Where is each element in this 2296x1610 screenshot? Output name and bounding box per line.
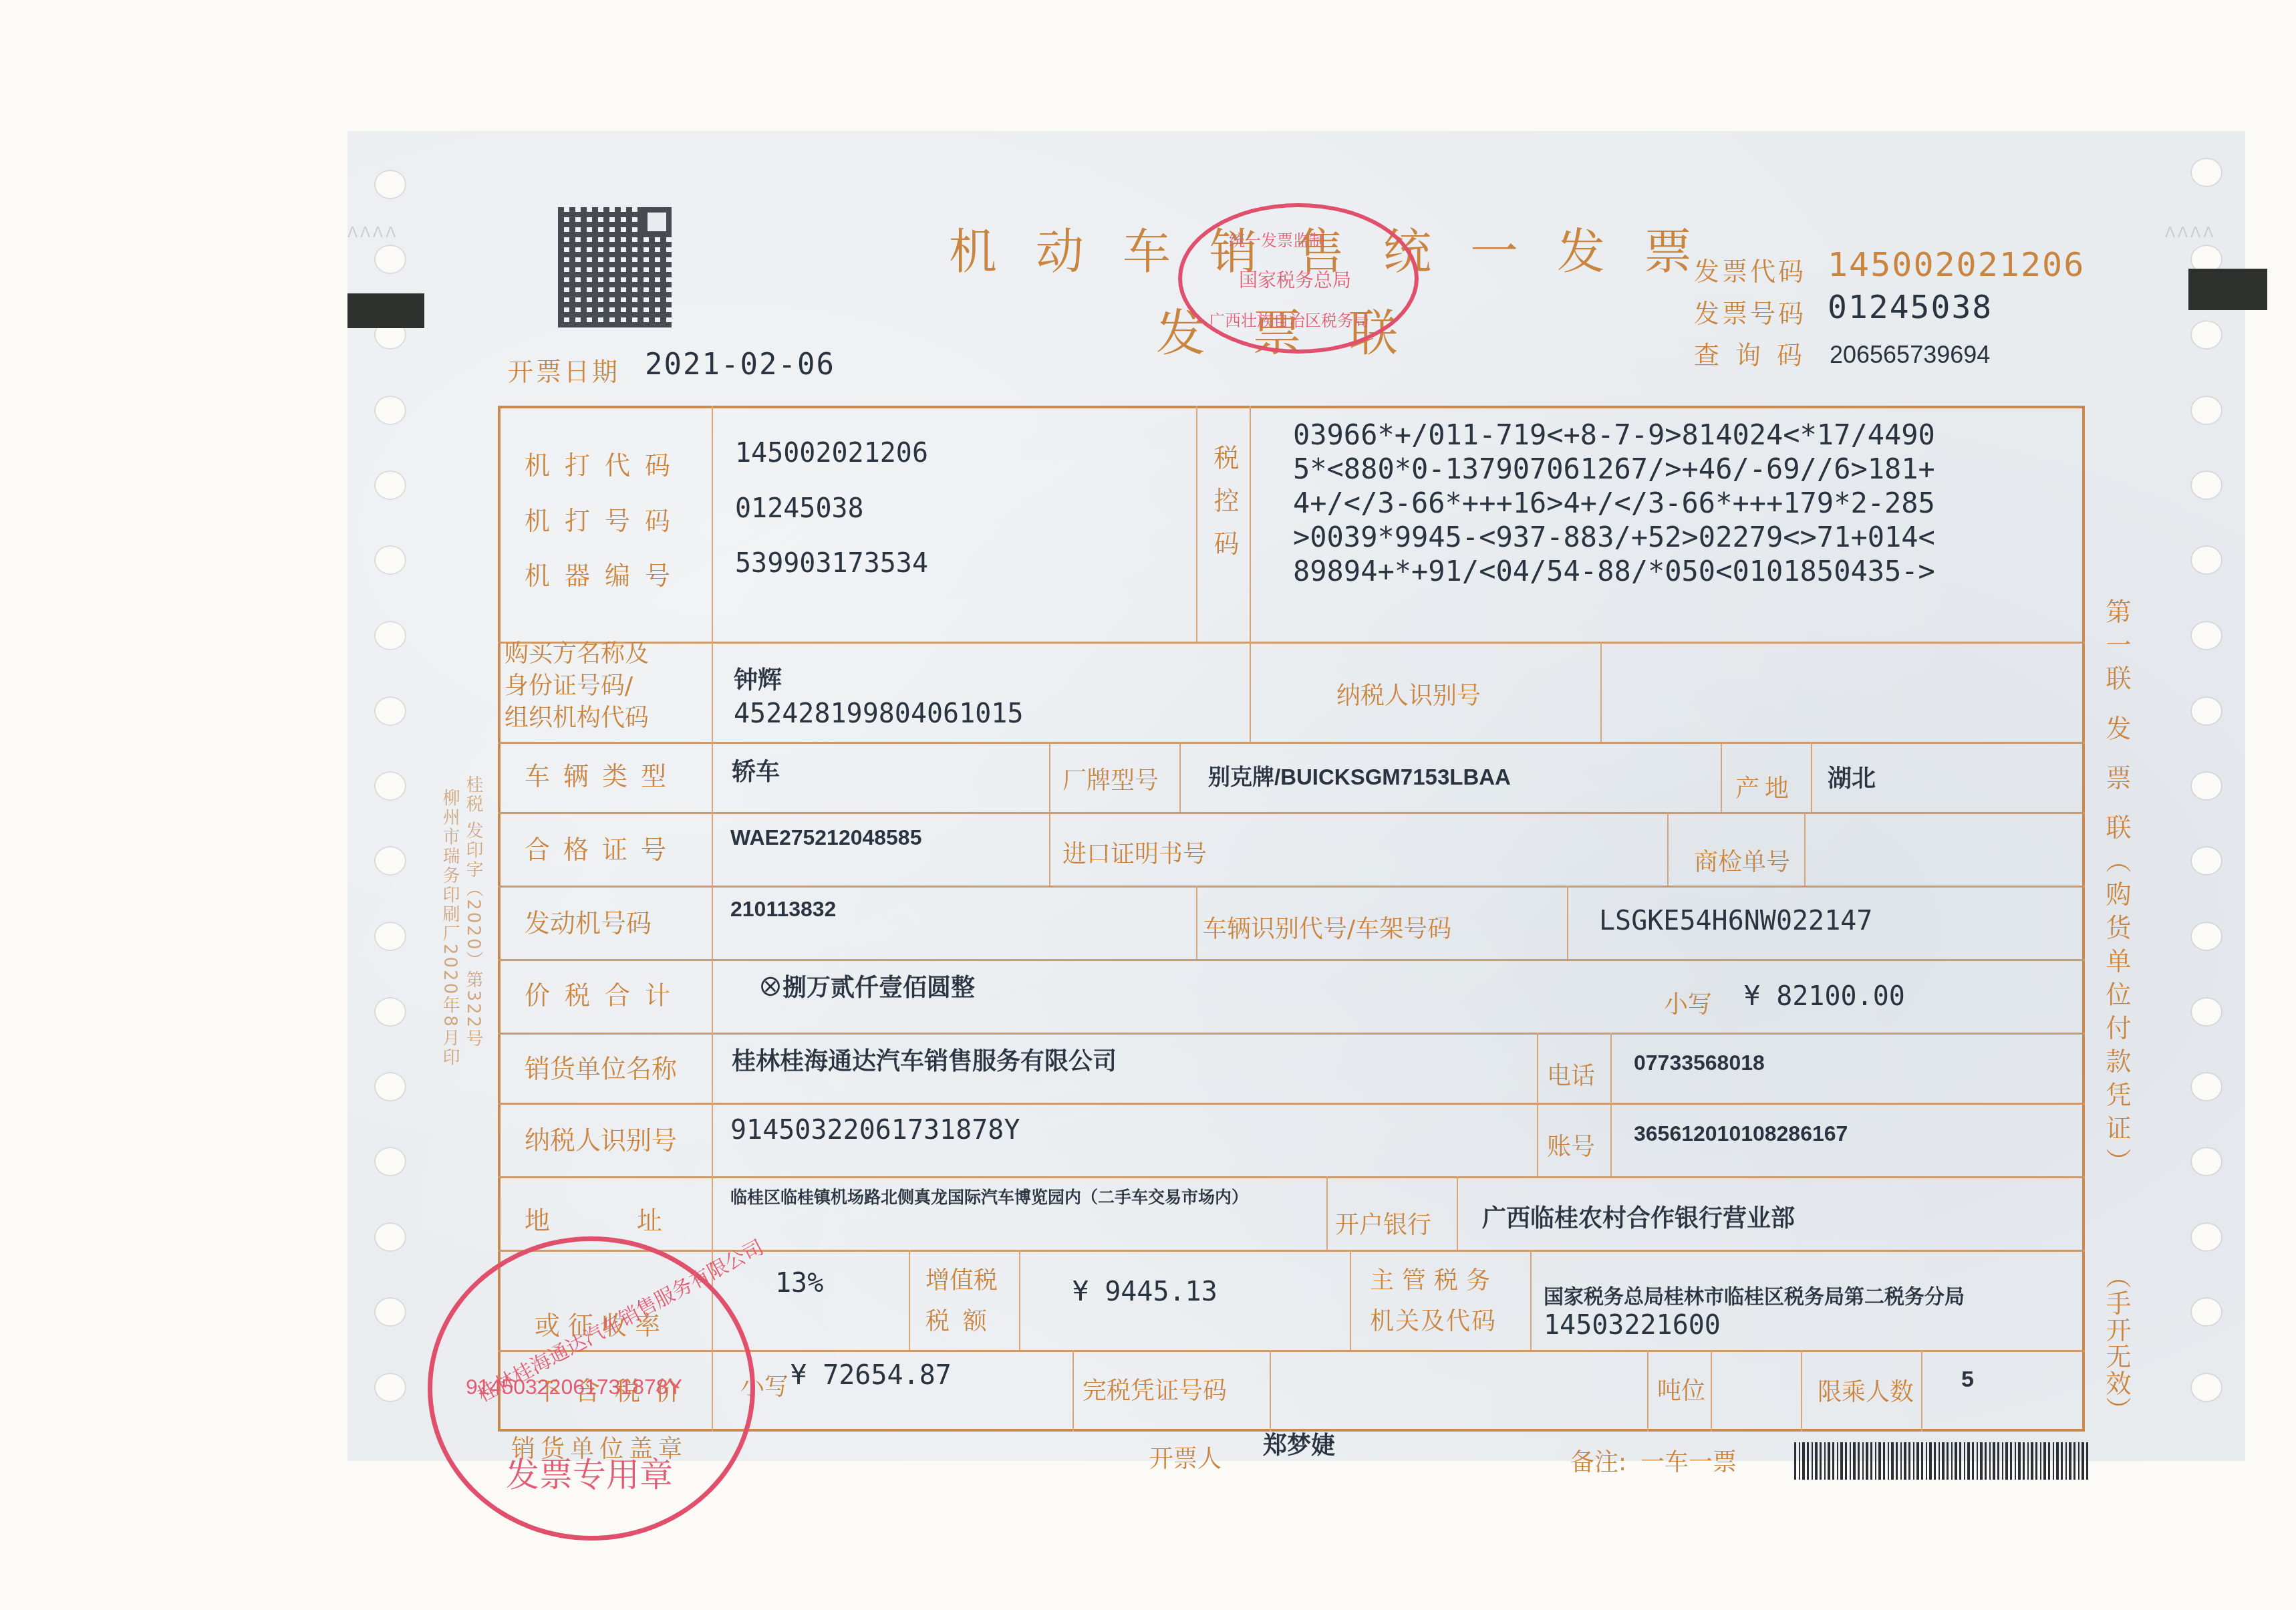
punch-hole [2192, 998, 2221, 1025]
col-divider [1567, 886, 1568, 959]
punch-hole [376, 773, 405, 799]
punch-hole [376, 698, 405, 724]
col-divider [1350, 1250, 1351, 1350]
tax-authority-label: 主管税务 机关及代码 [1370, 1262, 1498, 1337]
origin: 湖北 [1828, 760, 1876, 794]
buyer-taxpayer-id-label: 纳税人识别号 [1336, 677, 1481, 711]
col-divider [909, 1250, 910, 1350]
col-divider [1537, 1033, 1538, 1176]
alignment-tab [2188, 269, 2267, 310]
passenger-label: 限乘人数 [1818, 1373, 1914, 1407]
vat-amount: ¥ 9445.13 [1072, 1277, 1217, 1307]
print-approval-note: 桂税 发印字（2020）第322号 [461, 775, 486, 1049]
punch-hole [376, 622, 405, 649]
engine: 210113832 [730, 897, 836, 922]
print-code-label: 机打代码 [525, 444, 685, 481]
col-divider [1457, 1176, 1458, 1250]
punch-hole [376, 998, 405, 1025]
brand-model-label: 厂牌型号 [1062, 762, 1159, 796]
col-divider [1647, 1350, 1648, 1432]
qr-code [558, 207, 672, 327]
query-code-label: 查询码 [1694, 334, 1818, 371]
tax-rate: 13% [775, 1268, 823, 1299]
col-divider [1196, 886, 1197, 959]
tax-authority-code: 14503221600 [1544, 1310, 1721, 1341]
origin-label: 产地 [1735, 770, 1794, 804]
punch-hole [376, 1299, 405, 1325]
handwritten-invalid-note: （手开无效） [2098, 1263, 2135, 1424]
col-divider [1600, 642, 1602, 742]
punch-hole [2192, 1299, 2221, 1325]
col-divider [1711, 1350, 1712, 1432]
col-divider [1667, 812, 1669, 886]
punch-hole [2192, 1148, 2221, 1175]
punch-hole [376, 171, 405, 198]
invoice-number: 01245038 [1828, 289, 1993, 326]
tax-bureau-seal: 统一发票监制 国家税务总局 广西壮族自治区税务局 [1178, 203, 1419, 354]
engine-label: 发动机号码 [525, 902, 652, 939]
row-divider [498, 959, 2085, 961]
perforation-mark: ᐱᐱᐱᐱ [347, 225, 398, 241]
machine-id: 539903173534 [735, 548, 928, 579]
col-divider [1921, 1350, 1922, 1432]
pre-tax-amount: ¥ 72654.87 [791, 1360, 952, 1391]
seller-bank: 广西临桂农村合作银行营业部 [1482, 1200, 1795, 1234]
seller-account-label: 账号 [1547, 1128, 1595, 1162]
row-divider [498, 886, 2085, 888]
tax-control-label: 税控码 [1206, 444, 1243, 573]
punch-hole [376, 246, 405, 273]
punch-hole [376, 1073, 405, 1100]
punch-hole [2192, 773, 2221, 799]
vin: LSGKE54H6NW022147 [1599, 906, 1872, 936]
tonnage-label: 吨位 [1657, 1372, 1705, 1406]
certificate-label: 合格证号 [525, 829, 680, 865]
col-divider [1811, 742, 1812, 812]
invoice-code-label: 发票代码 [1694, 251, 1806, 287]
row-divider [498, 812, 2085, 814]
inspection-label: 商检单号 [1694, 843, 1790, 878]
col-divider [1610, 1033, 1612, 1176]
row-divider [498, 642, 2085, 644]
print-number-label: 机打号码 [525, 500, 685, 537]
punch-hole [2192, 547, 2221, 573]
alignment-tab [347, 293, 424, 328]
vat-amount-label: 增值税 税额 [925, 1262, 1000, 1337]
seller-account: 365612010108286167 [1634, 1121, 1848, 1146]
total-words: ⊗捌万贰仟壹佰圆整 [758, 969, 975, 1003]
punch-hole [376, 472, 405, 499]
punch-hole [2192, 159, 2221, 186]
punch-hole [376, 547, 405, 573]
row-divider [498, 742, 2085, 744]
punch-hole [2192, 622, 2221, 649]
passengers: 5 [1961, 1367, 1974, 1393]
certificate: WAE275212048585 [730, 825, 921, 850]
col-divider [1179, 742, 1181, 812]
col-divider [1250, 406, 1251, 642]
col-divider [1250, 642, 1251, 742]
punch-hole [376, 397, 405, 424]
import-cert-label: 进口证明书号 [1062, 835, 1207, 869]
col-divider [1721, 742, 1722, 812]
punch-hole [376, 1148, 405, 1175]
seller-phone: 07733568018 [1634, 1051, 1765, 1075]
print-code: 145002021206 [735, 438, 928, 468]
print-number: 01245038 [735, 493, 864, 524]
col-divider [1196, 406, 1197, 642]
col-divider [1326, 1176, 1328, 1250]
punch-hole [2192, 397, 2221, 424]
row-divider [498, 1176, 2085, 1178]
punch-hole [376, 1224, 405, 1250]
col-divider [1530, 1250, 1532, 1350]
punch-hole [376, 1374, 405, 1401]
brand-model: 别克牌/BUICKSGM7153LBAA [1208, 760, 1511, 791]
vehicle-type-label: 车辆类型 [525, 755, 680, 792]
col-divider [1072, 1350, 1074, 1432]
punch-hole [2192, 472, 2221, 499]
row-divider [498, 1103, 2085, 1105]
punch-hole [2192, 847, 2221, 874]
seller-invoice-seal: 桂林桂海通达汽车销售服务有限公司 91450322061731878Y 发票专用… [428, 1236, 755, 1540]
punch-hole [376, 923, 405, 950]
seller-bank-label: 开户银行 [1335, 1206, 1431, 1240]
remark-label: 备注: [1570, 1444, 1626, 1478]
seller-name: 桂林桂海通达汽车销售服务有限公司 [732, 1043, 1117, 1077]
seller-address-label: 地址 [525, 1200, 749, 1236]
punch-hole [2192, 321, 2221, 348]
issuer-label: 开票人 [1149, 1440, 1222, 1474]
invoice-number-label: 发票号码 [1694, 293, 1806, 329]
punch-hole [376, 847, 405, 874]
punch-hole [2192, 1224, 2221, 1250]
col-divider [1804, 812, 1806, 886]
barcode [1794, 1442, 2088, 1480]
seller-taxpayer-id-label: 纳税人识别号 [525, 1119, 677, 1156]
tax-paid-cert-label: 完税凭证号码 [1083, 1372, 1227, 1406]
punch-hole [2192, 1073, 2221, 1100]
buyer-name: 钟辉 [734, 662, 782, 696]
buyer-label: 购买方名称及 身份证号码/ 组织机构代码 [505, 638, 649, 734]
tax-authority-name: 国家税务总局桂林市临桂区税务局第二税务分局 [1544, 1280, 1965, 1309]
seller-name-label: 销货单位名称 [525, 1048, 677, 1085]
seller-address: 临桂区临桂镇机场路北侧真龙国际汽车博览园内（二手车交易市场内） [730, 1184, 1248, 1208]
row-divider [498, 1033, 2085, 1035]
issuer: 郑梦婕 [1263, 1427, 1335, 1461]
issue-date: 2021-02-06 [645, 348, 835, 382]
seller-phone-label: 电话 [1547, 1057, 1595, 1091]
machine-id-label: 机器编号 [525, 555, 685, 591]
seller-taxpayer-id: 91450322061731878Y [730, 1115, 1020, 1146]
issue-date-label: 开票日期 [508, 351, 620, 388]
col-divider [1801, 1350, 1802, 1432]
col-divider [1049, 742, 1050, 886]
punch-hole [2192, 1374, 2221, 1401]
total-amount: ¥ 82100.00 [1744, 981, 1905, 1012]
copy-note: 第一联 发 票 联（购货单位付款凭证） [2098, 598, 2135, 1181]
perforation-mark: ᐱᐱᐱᐱ [2165, 225, 2216, 241]
tax-control-code: 03966*+/011-719<+8-7-9>814024<*17/4490 5… [1293, 418, 1935, 588]
total-lowercase-label: 小写 [1664, 986, 1712, 1020]
remark: 一车一票 [1640, 1444, 1737, 1478]
query-code: 206565739694 [1830, 341, 1990, 369]
vin-label: 车辆识别代号/车架号码 [1203, 910, 1451, 944]
buyer-id-number: 452428199804061015 [734, 698, 1023, 729]
printer-note: 柳州市瑞务印刷厂2020年8月印 [438, 789, 462, 1067]
invoice-code: 145002021206 [1828, 245, 2085, 284]
total-label: 价税合计 [525, 974, 685, 1011]
punch-hole [2192, 698, 2221, 724]
col-divider [1019, 1250, 1020, 1350]
punch-hole [2192, 923, 2221, 950]
col-divider [1270, 1350, 1271, 1432]
vehicle-type: 轿车 [732, 753, 780, 787]
